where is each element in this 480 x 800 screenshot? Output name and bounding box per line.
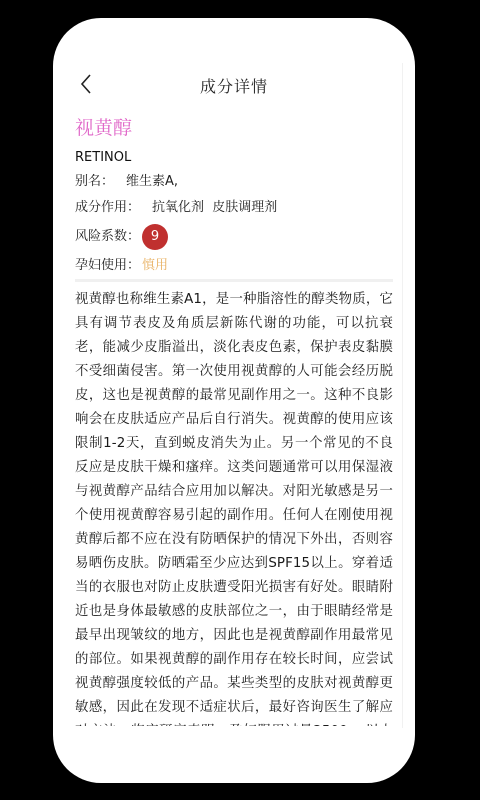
- page-title: 成分详情: [53, 74, 415, 97]
- ingredient-description: 视黄醇也称维生素A1，是一种脂溶性的醇类物质，它具有调节表皮及角质层新陈代谢的功…: [75, 288, 393, 726]
- screen-edge: [402, 63, 403, 728]
- phone-frame: 成分详情 视黄醇 RETINOL 别名： 维生素A, 成分作用： 抗氧化剂 皮肤…: [53, 18, 415, 783]
- nav-bar: 成分详情: [53, 64, 415, 104]
- pregnancy-value: 慎用: [142, 254, 168, 278]
- pregnancy-row: 孕妇使用： 慎用: [75, 254, 395, 278]
- ingredient-name-cn: 视黄醇: [75, 114, 395, 142]
- alias-label: 别名：: [75, 170, 114, 194]
- ingredient-name-en: RETINOL: [75, 148, 395, 168]
- risk-row: 风险系数： 9: [75, 222, 395, 252]
- function-value: 抗氧化剂 皮肤调理剂: [152, 196, 277, 220]
- function-row: 成分作用： 抗氧化剂 皮肤调理剂: [75, 196, 395, 220]
- alias-row: 别名： 维生素A,: [75, 170, 395, 194]
- function-label: 成分作用：: [75, 196, 140, 220]
- ingredient-info: 视黄醇 RETINOL 别名： 维生素A, 成分作用： 抗氧化剂 皮肤调理剂 风…: [75, 114, 395, 278]
- risk-label: 风险系数：: [75, 225, 140, 249]
- divider: [75, 279, 393, 282]
- risk-badge: 9: [142, 224, 168, 250]
- pregnancy-label: 孕妇使用：: [75, 254, 140, 278]
- alias-value: 维生素A,: [126, 170, 178, 194]
